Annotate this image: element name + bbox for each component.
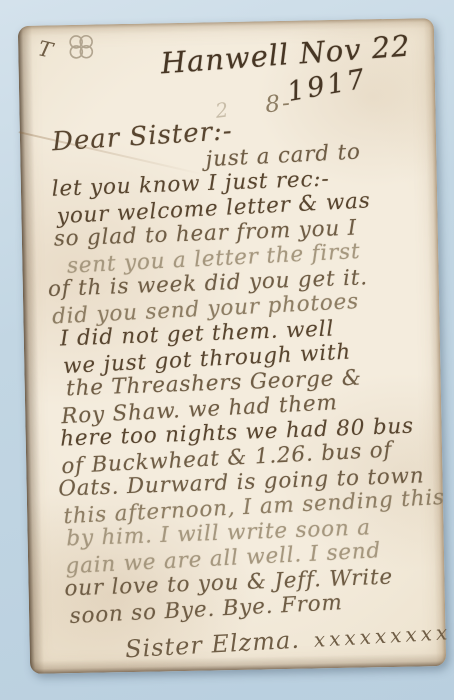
pencil-mark-price: 8-: [264, 90, 293, 118]
signature-row: Sister Elzma.xxxxxxxxx: [124, 617, 454, 663]
corner-mark: T: [36, 36, 55, 63]
letter-body: just a card to let you know I just rec:-…: [20, 137, 454, 665]
signature-kisses: xxxxxxxxx: [313, 620, 452, 652]
photo-background: T Hanwell Nov 22 1917 2 8- Dear Sister:-…: [0, 0, 454, 700]
signature: Sister Elzma.: [124, 626, 300, 664]
clover-doodle-icon: [64, 31, 99, 66]
postcard: T Hanwell Nov 22 1917 2 8- Dear Sister:-…: [18, 18, 446, 674]
dateline-place-date: Hanwell Nov 22: [160, 27, 434, 80]
